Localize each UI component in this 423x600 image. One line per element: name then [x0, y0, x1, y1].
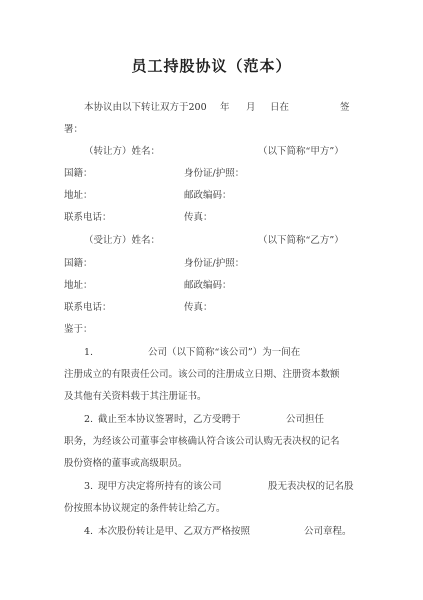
transferor-postcode-label: 邮政编码： — [184, 190, 232, 202]
clause-2-line-3: 股份资格的董事或高级职员。 — [64, 458, 188, 470]
transferor-nationality-label: 国籍： — [64, 168, 93, 180]
transferor-name-label: （转让方）姓名： — [84, 146, 160, 158]
intro-text: 本协议由以下转让双方于200 — [84, 102, 207, 114]
clause-1-line-1: 公司（以下简称“该公司”）为一间在 — [148, 347, 300, 359]
transferor-alias: （以下简称“甲方”） — [258, 146, 344, 158]
clause-2-line-1a: 截止至本协议签署时，乙方受聘于 — [98, 414, 241, 426]
clause-1-number: 1. — [84, 347, 93, 359]
clause-3-line-1a: 现甲方决定将所持有的该公司 — [98, 481, 222, 493]
clause-2-line-1b: 公司担任 — [286, 414, 324, 426]
clause-4-number: 4. — [84, 526, 93, 538]
clause-1-line-3: 及其他有关资料载于其注册证书。 — [64, 391, 207, 403]
clause-3-line-1b: 股无表决权的记名股 — [268, 481, 354, 493]
transferee-phone-label: 联系电话： — [64, 302, 112, 314]
transferor-phone-label: 联系电话： — [64, 212, 112, 224]
transferor-fax-label: 传真： — [184, 212, 213, 224]
transferee-fax-label: 传真： — [184, 302, 213, 314]
intro-month-label: 月 — [246, 102, 256, 114]
clause-2-line-2: 职务，为经该公司董事会审核确认符合该公司认购无表决权的记名 — [64, 436, 340, 448]
clause-3-number: 3. — [84, 481, 93, 493]
transferee-id-label: 身份证/护照： — [184, 258, 244, 270]
clause-3-line-2: 份按照本协议规定的条件转让给乙方。 — [64, 503, 226, 515]
clause-1-line-2: 注册成立的有限责任公司。该公司的注册成立日期、注册资本数额 — [64, 369, 340, 381]
clause-4-line-1b: 公司章程。 — [304, 526, 352, 538]
document-page: 员工持股协议（范本） 本协议由以下转让双方于200 年 月 日在 签 署： （转… — [0, 0, 423, 600]
intro-year-label: 年 — [220, 102, 230, 114]
transferee-name-label: （受让方）姓名： — [84, 235, 160, 247]
transferee-alias: （以下简称“乙方”） — [258, 235, 344, 247]
transferee-postcode-label: 邮政编码： — [184, 280, 232, 292]
transferor-id-label: 身份证/护照： — [184, 168, 244, 180]
clause-4-line-1a: 本次股份转让是甲、乙双方严格按照 — [98, 526, 250, 538]
transferee-nationality-label: 国籍： — [64, 258, 93, 270]
document-title: 员工持股协议（范本） — [0, 55, 423, 76]
intro-day-label: 日在 — [270, 102, 289, 114]
transferor-address-label: 地址： — [64, 190, 93, 202]
transferee-address-label: 地址： — [64, 280, 93, 292]
intro-sign-label: 签 — [340, 102, 350, 114]
clause-2-number: 2. — [84, 414, 93, 426]
intro-sign-label-cont: 署： — [64, 124, 83, 136]
whereas-label: 鉴于： — [64, 324, 93, 336]
